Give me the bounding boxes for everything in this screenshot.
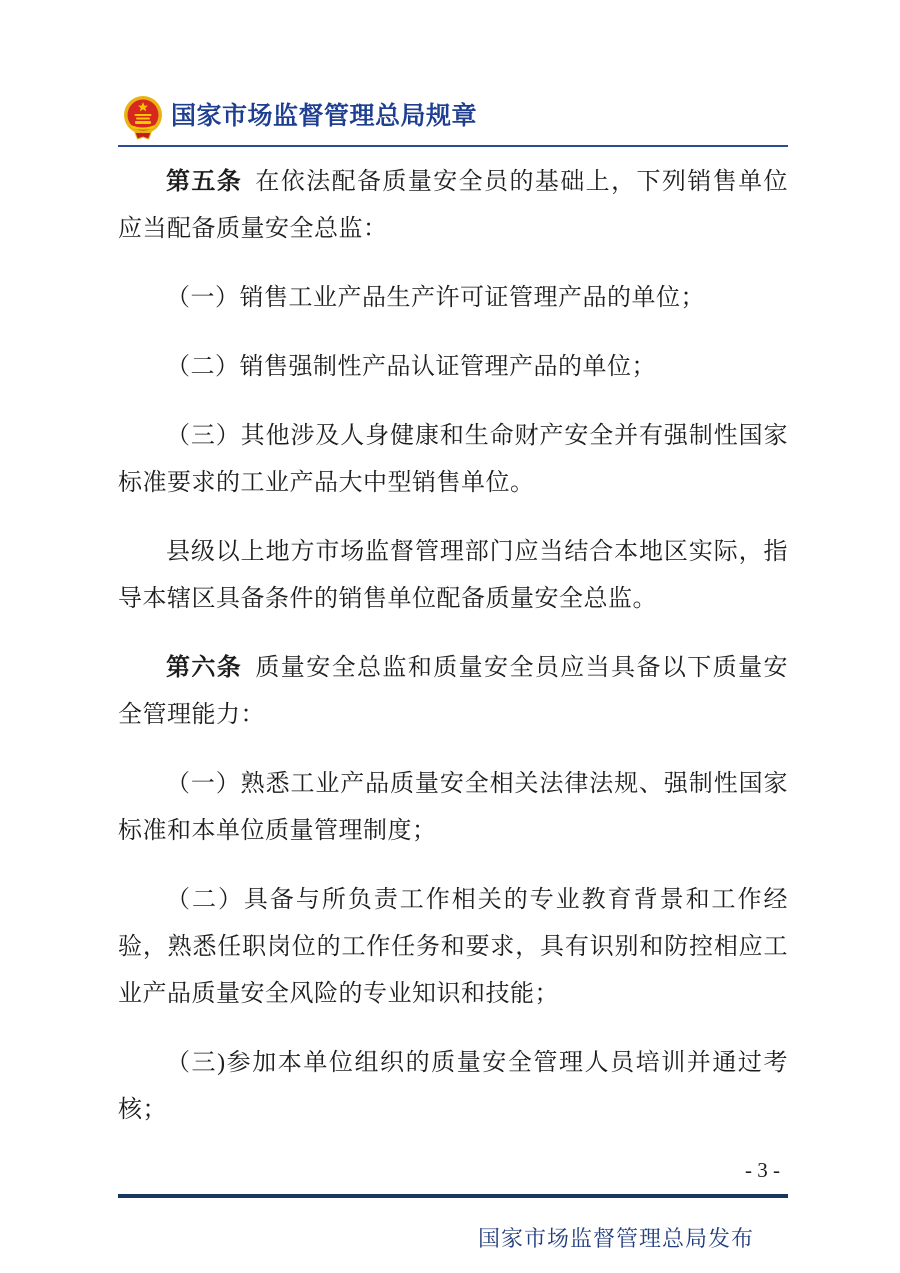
document-body: 第五条在依法配备质量安全员的基础上，下列销售单位应当配备质量安全总监： （一）销… (118, 158, 788, 1134)
paragraph-item-3: （三）其他涉及人身健康和生命财产安全并有强制性国家标准要求的工业产品大中型销售单… (118, 412, 788, 507)
paragraph-ability-2: （二）具备与所负责工作相关的专业教育背景和工作经验，熟悉任职岗位的工作任务和要求… (118, 876, 788, 1018)
paragraph-text: （一）熟悉工业产品质量安全相关法律法规、强制性国家标准和本单位质量管理制度； (118, 771, 788, 844)
paragraph-text: （三）其他涉及人身健康和生命财产安全并有强制性国家标准要求的工业产品大中型销售单… (118, 423, 788, 496)
paragraph-item-1: （一）销售工业产品生产许可证管理产品的单位； (118, 274, 788, 322)
paragraph-ability-3: （三)参加本单位组织的质量安全管理人员培训并通过考核； (118, 1039, 788, 1134)
header-divider (118, 145, 788, 147)
page-content: 国家市场监督管理总局规章 第五条在依法配备质量安全员的基础上，下列销售单位应当配… (118, 0, 788, 1254)
article-number: 第五条 (166, 168, 242, 195)
publisher-line: 国家市场监督管理总局发布 (118, 1224, 788, 1254)
page-number: - 3 - (118, 1155, 788, 1185)
paragraph-article-6: 第六条质量安全总监和质量安全员应当具备以下质量安全管理能力： (118, 644, 788, 739)
paragraph-text: （二）销售强制性产品认证管理产品的单位； (166, 354, 656, 380)
page-header: 国家市场监督管理总局规章 (118, 94, 788, 140)
article-number: 第六条 (166, 654, 242, 681)
document-header-title: 国家市场监督管理总局规章 (171, 95, 477, 139)
paragraph-article-5: 第五条在依法配备质量安全员的基础上，下列销售单位应当配备质量安全总监： (118, 158, 788, 253)
footer-divider (118, 1194, 788, 1198)
paragraph-text: （二）具备与所负责工作相关的专业教育背景和工作经验，熟悉任职岗位的工作任务和要求… (118, 887, 788, 1007)
paragraph-item-2: （二）销售强制性产品认证管理产品的单位； (118, 343, 788, 391)
paragraph-text: 县级以上地方市场监督管理部门应当结合本地区实际，指导本辖区具备条件的销售单位配备… (118, 539, 788, 612)
paragraph-text: （三)参加本单位组织的质量安全管理人员培训并通过考核； (118, 1050, 788, 1123)
national-emblem-icon (123, 94, 163, 140)
document-page: 国家市场监督管理总局规章 第五条在依法配备质量安全员的基础上，下列销售单位应当配… (0, 0, 900, 1273)
paragraph-county-level: 县级以上地方市场监督管理部门应当结合本地区实际，指导本辖区具备条件的销售单位配备… (118, 528, 788, 623)
paragraph-ability-1: （一）熟悉工业产品质量安全相关法律法规、强制性国家标准和本单位质量管理制度； (118, 760, 788, 855)
paragraph-text: （一）销售工业产品生产许可证管理产品的单位； (166, 285, 705, 311)
